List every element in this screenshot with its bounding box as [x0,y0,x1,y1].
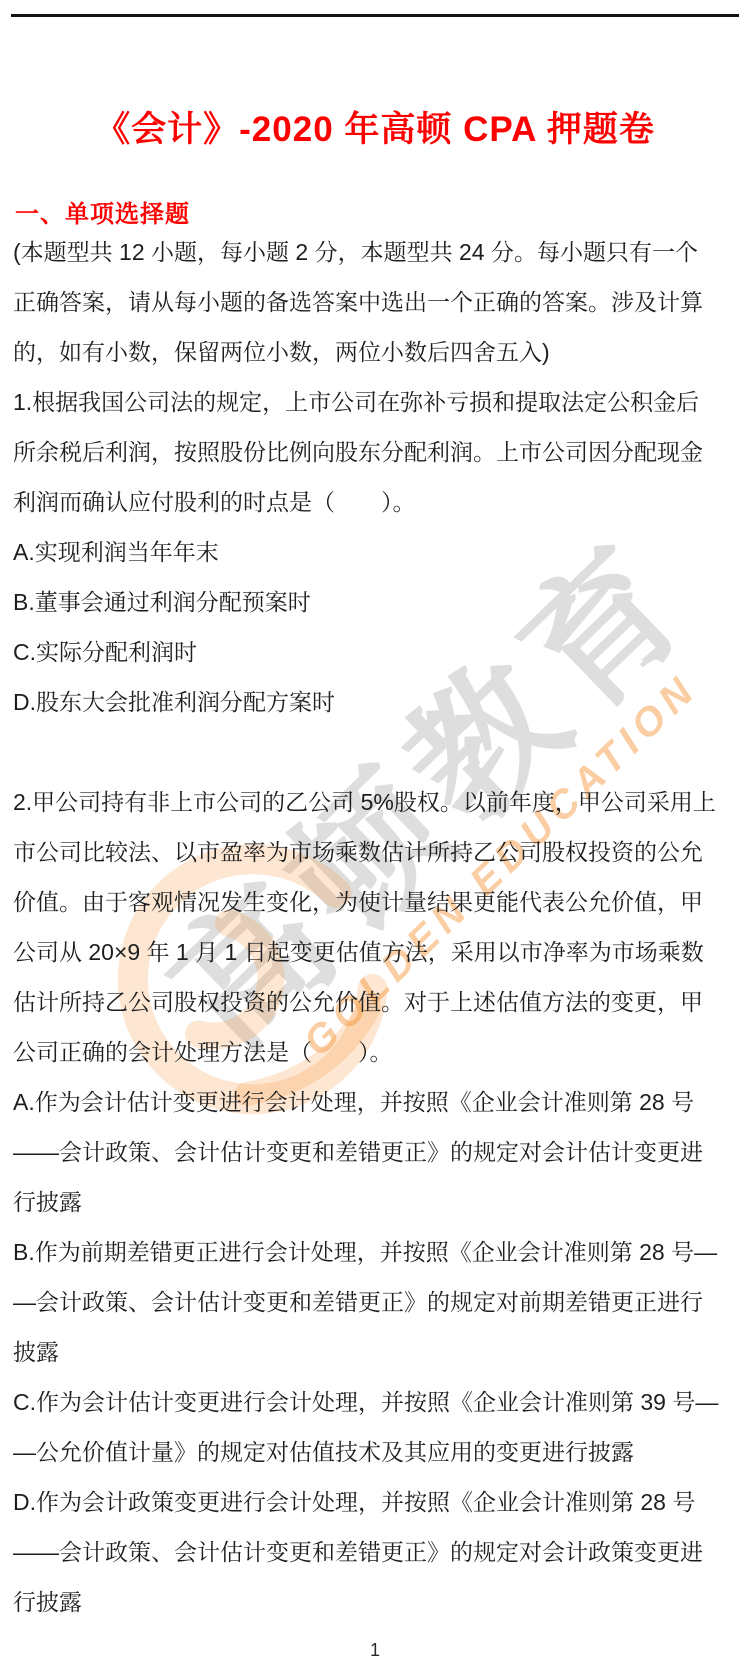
section-heading: 一、单项选择题 [15,194,190,229]
question-2-stem-line: 估计所持乙公司股权投资的公允价值。对于上述估值方法的变更，甲 [13,977,739,1027]
question-2-stem-line: 公司正确的会计处理方法是（ ）。 [13,1027,739,1077]
page-number: 1 [0,1640,750,1661]
question-2-option-d-line: D.作为会计政策变更进行会计处理，并按照《企业会计准则第 28 号 [13,1477,739,1527]
question-2-option-d-line: 行披露 [13,1577,739,1627]
question-1-stem-line: 所余税后利润，按照股份比例向股东分配利润。上市公司因分配现金 [13,427,739,477]
question-1-stem-line: 利润而确认应付股利的时点是（ ）。 [13,477,739,527]
question-2-option-a-line: 行披露 [13,1177,739,1227]
blank-line [13,727,739,777]
question-1: 1.根据我国公司法的规定，上市公司在弥补亏损和提取法定公积金后 所余税后利润，按… [13,377,739,727]
question-2: 2.甲公司持有非上市公司的乙公司 5%股权。以前年度，甲公司采用上 市公司比较法… [13,777,739,1627]
question-2-option-b-line: 披露 [13,1327,739,1377]
question-2-option-b: B.作为前期差错更正进行会计处理，并按照《企业会计准则第 28 号— —会计政策… [13,1227,739,1377]
header-rule [11,14,739,17]
question-1-stem-line: 1.根据我国公司法的规定，上市公司在弥补亏损和提取法定公积金后 [13,377,739,427]
intro-line: (本题型共 12 小题，每小题 2 分，本题型共 24 分。每小题只有一个 [13,227,739,277]
question-2-stem-line: 价值。由于客观情况发生变化，为使计量结果更能代表公允价值，甲 [13,877,739,927]
question-2-option-b-line: —会计政策、会计估计变更和差错更正》的规定对前期差错更正进行 [13,1277,739,1327]
question-2-option-b-line: B.作为前期差错更正进行会计处理，并按照《企业会计准则第 28 号— [13,1227,739,1277]
question-2-stem-line: 市公司比较法、以市盈率为市场乘数估计所持乙公司股权投资的公允 [13,827,739,877]
question-2-option-c: C.作为会计估计变更进行会计处理，并按照《企业会计准则第 39 号— —公允价值… [13,1377,739,1477]
question-1-option-c: C.实际分配利润时 [13,627,739,677]
document-body: (本题型共 12 小题，每小题 2 分，本题型共 24 分。每小题只有一个 正确… [13,227,739,1627]
page-title: 《会计》-2020 年高顿 CPA 押题卷 [0,102,750,152]
question-2-option-c-line: —公允价值计量》的规定对估值技术及其应用的变更进行披露 [13,1427,739,1477]
question-2-stem-line: 2.甲公司持有非上市公司的乙公司 5%股权。以前年度，甲公司采用上 [13,777,739,827]
intro-line: 的，如有小数，保留两位小数，两位小数后四舍五入) [13,327,739,377]
question-2-option-a: A.作为会计估计变更进行会计处理，并按照《企业会计准则第 28 号 ——会计政策… [13,1077,739,1227]
question-2-option-a-line: A.作为会计估计变更进行会计处理，并按照《企业会计准则第 28 号 [13,1077,739,1127]
question-1-option-a: A.实现利润当年年末 [13,527,739,577]
intro-line: 正确答案，请从每小题的备选答案中选出一个正确的答案。涉及计算 [13,277,739,327]
question-2-option-c-line: C.作为会计估计变更进行会计处理，并按照《企业会计准则第 39 号— [13,1377,739,1427]
question-2-option-d-line: ——会计政策、会计估计变更和差错更正》的规定对会计政策变更进 [13,1527,739,1577]
question-1-option-d: D.股东大会批准利润分配方案时 [13,677,739,727]
question-2-stem-line: 公司从 20×9 年 1 月 1 日起变更估值方法，采用以市净率为市场乘数 [13,927,739,977]
question-2-option-a-line: ——会计政策、会计估计变更和差错更正》的规定对会计估计变更进 [13,1127,739,1177]
intro-paragraph: (本题型共 12 小题，每小题 2 分，本题型共 24 分。每小题只有一个 正确… [13,227,739,377]
question-2-option-d: D.作为会计政策变更进行会计处理，并按照《企业会计准则第 28 号 ——会计政策… [13,1477,739,1627]
question-1-option-b: B.董事会通过利润分配预案时 [13,577,739,627]
